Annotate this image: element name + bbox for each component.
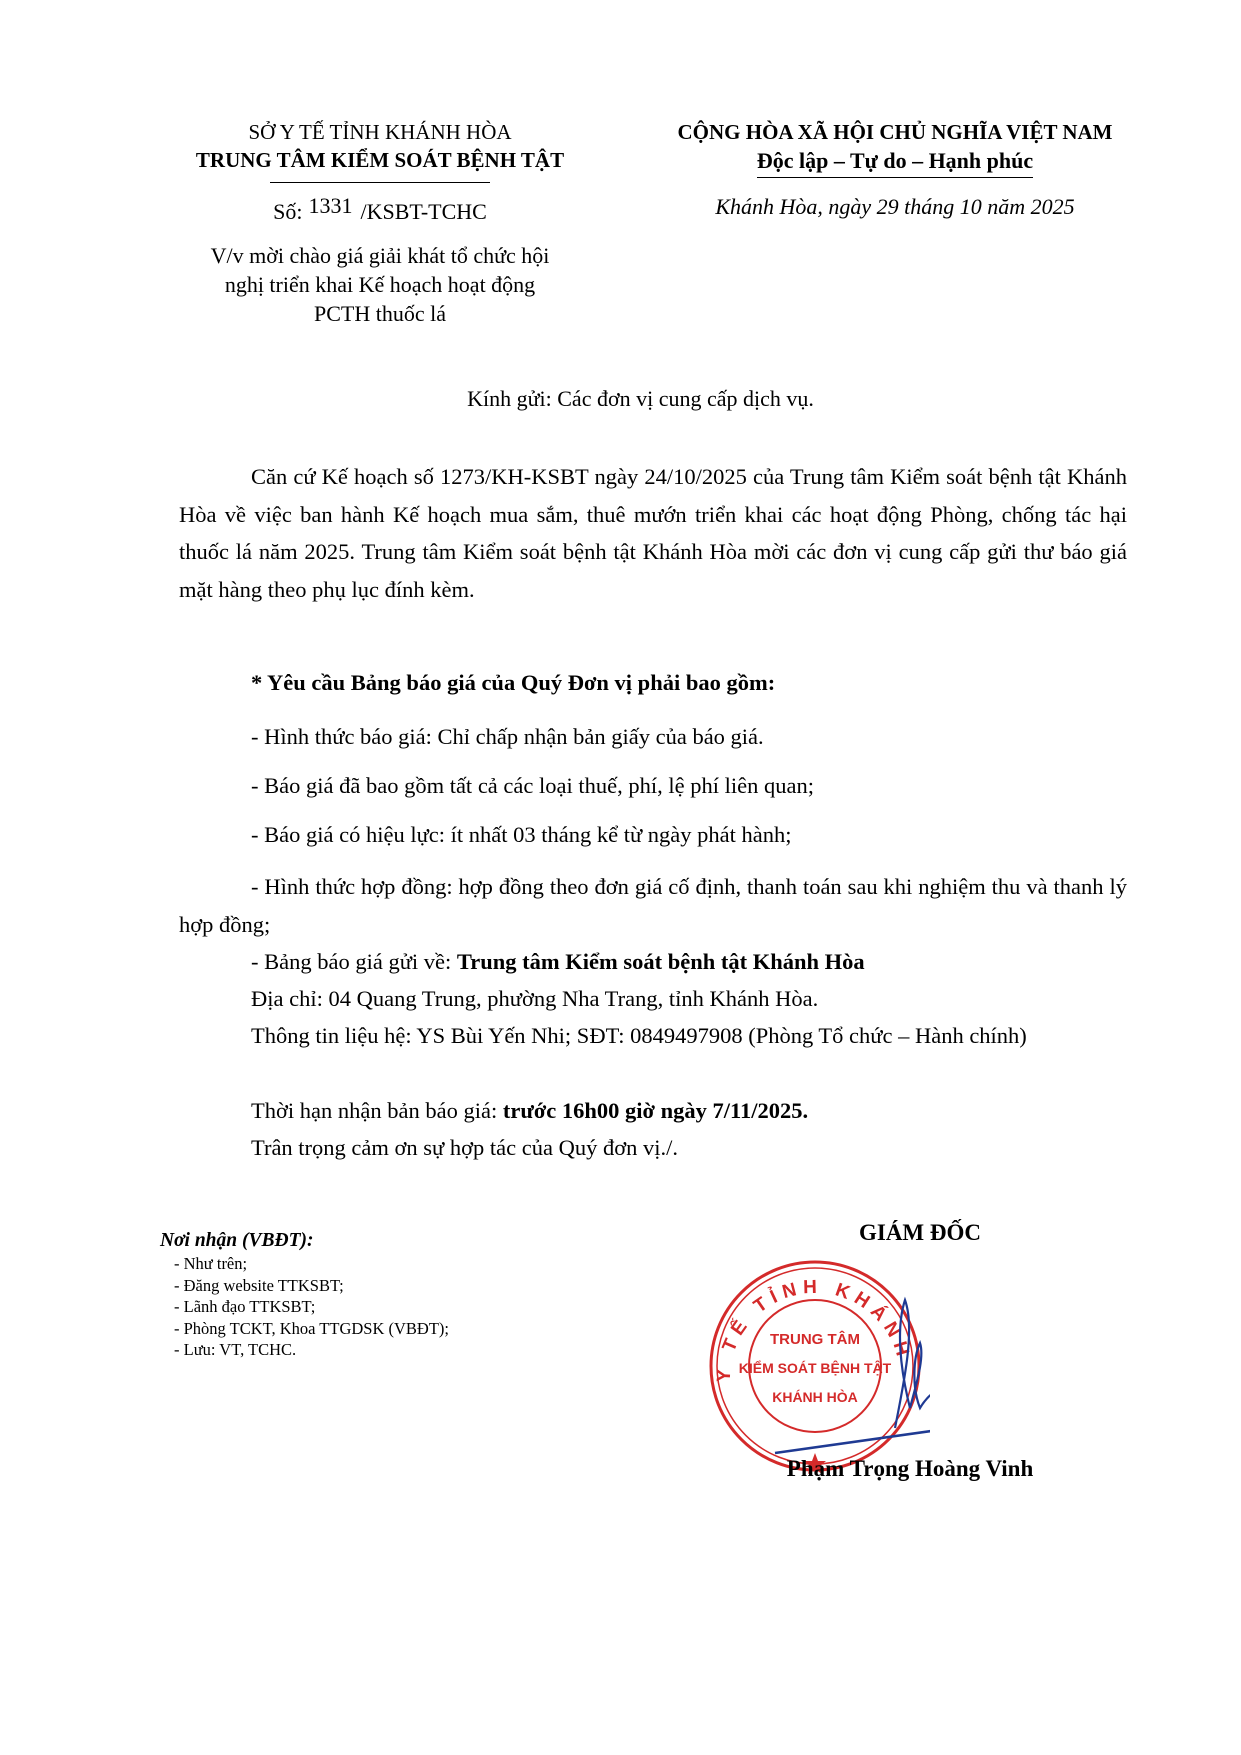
distribution-item: - Như trên; [160, 1253, 620, 1275]
subject-line: PCTH thuốc lá [140, 299, 620, 328]
subject-line: nghị triển khai Kế hoạch hoạt động [140, 270, 620, 299]
requirement-item: - Báo giá đã bao gồm tất cả các loại thu… [179, 767, 1127, 804]
requirements-heading: * Yêu cầu Bảng báo giá của Quý Đơn vị ph… [179, 664, 1127, 701]
signer-name: Phạm Trọng Hoàng Vinh [720, 1456, 1100, 1482]
intro-paragraph: Căn cứ Kế hoạch số 1273/KH-KSBT ngày 24/… [179, 458, 1127, 608]
distribution-item: - Lưu: VT, TCHC. [160, 1339, 620, 1361]
salutation: Kính gửi: Các đơn vị cung cấp dịch vụ. [0, 386, 1241, 412]
closing-line: Trân trọng cảm ơn sự hợp tác của Quý đơn… [179, 1129, 1127, 1166]
distribution-list: Nơi nhận (VBĐT): - Như trên; - Đăng webs… [160, 1228, 620, 1361]
agency-name: TRUNG TÂM KIỂM SOÁT BỆNH TẬT [140, 146, 620, 174]
motto: Độc lập – Tự do – Hạnh phúc [757, 146, 1033, 178]
signer-title: GIÁM ĐỐC [700, 1220, 1100, 1246]
deadline-value: trước 16h00 giờ ngày 7/11/2025. [503, 1098, 808, 1123]
send-to-line: - Bảng báo giá gửi về: Trung tâm Kiểm so… [179, 943, 1127, 980]
parent-agency: SỞ Y TẾ TỈNH KHÁNH HÒA [140, 118, 620, 146]
distribution-item: - Đăng website TTKSBT; [160, 1275, 620, 1297]
requirement-item: - Báo giá có hiệu lực: ít nhất 03 tháng … [179, 816, 1127, 853]
number-suffix: /KSBT-TCHC [361, 199, 487, 224]
nation-title: CỘNG HÒA XÃ HỘI CHỦ NGHĨA VIỆT NAM [615, 118, 1175, 146]
document-number: Số:1331/KSBT-TCHC [140, 197, 620, 227]
requirement-item: - Hình thức báo giá: Chỉ chấp nhận bản g… [179, 718, 1127, 755]
address-line: Địa chỉ: 04 Quang Trung, phường Nha Tran… [179, 980, 1127, 1017]
number-label: Số: [273, 199, 302, 224]
number-value: 1331 [309, 193, 353, 218]
place-date: Khánh Hòa, ngày 29 tháng 10 năm 2025 [615, 192, 1175, 222]
header-divider [270, 182, 490, 183]
distribution-item: - Phòng TCKT, Khoa TTGDSK (VBĐT); [160, 1318, 620, 1340]
svg-text:TRUNG TÂM: TRUNG TÂM [770, 1330, 860, 1348]
deadline-line: Thời hạn nhận bản báo giá: trước 16h00 g… [179, 1092, 1127, 1129]
requirement-item: - Hình thức hợp đồng: hợp đồng theo đơn … [179, 868, 1127, 943]
subject: V/v mời chào giá giải khát tổ chức hội n… [140, 241, 620, 328]
send-to-label: - Bảng báo giá gửi về: [251, 949, 457, 974]
official-seal-icon: SỞ Y TẾ TỈNH KHÁNH HÒA TRUNG TÂM KIỂM SO… [700, 1248, 930, 1478]
svg-text:KIỂM SOÁT BỆNH TẬT: KIỂM SOÁT BỆNH TẬT [739, 1359, 892, 1376]
deadline-label: Thời hạn nhận bản báo giá: [251, 1098, 503, 1123]
distribution-title: Nơi nhận (VBĐT): [160, 1228, 620, 1253]
svg-text:KHÁNH HÒA: KHÁNH HÒA [772, 1388, 858, 1405]
national-header-block: CỘNG HÒA XÃ HỘI CHỦ NGHĨA VIỆT NAM Độc l… [615, 118, 1175, 222]
signature-block: GIÁM ĐỐC SỞ Y TẾ TỈNH KHÁNH HÒA TRUNG TÂ… [700, 1220, 1100, 1246]
distribution-item: - Lãnh đạo TTKSBT; [160, 1296, 620, 1318]
send-to-value: Trung tâm Kiểm soát bệnh tật Khánh Hòa [457, 949, 865, 974]
subject-line: V/v mời chào giá giải khát tổ chức hội [140, 241, 620, 270]
contact-line: Thông tin liệu hệ: YS Bùi Yến Nhi; SĐT: … [179, 1017, 1127, 1055]
issuing-agency-block: SỞ Y TẾ TỈNH KHÁNH HÒA TRUNG TÂM KIỂM SO… [140, 118, 620, 328]
